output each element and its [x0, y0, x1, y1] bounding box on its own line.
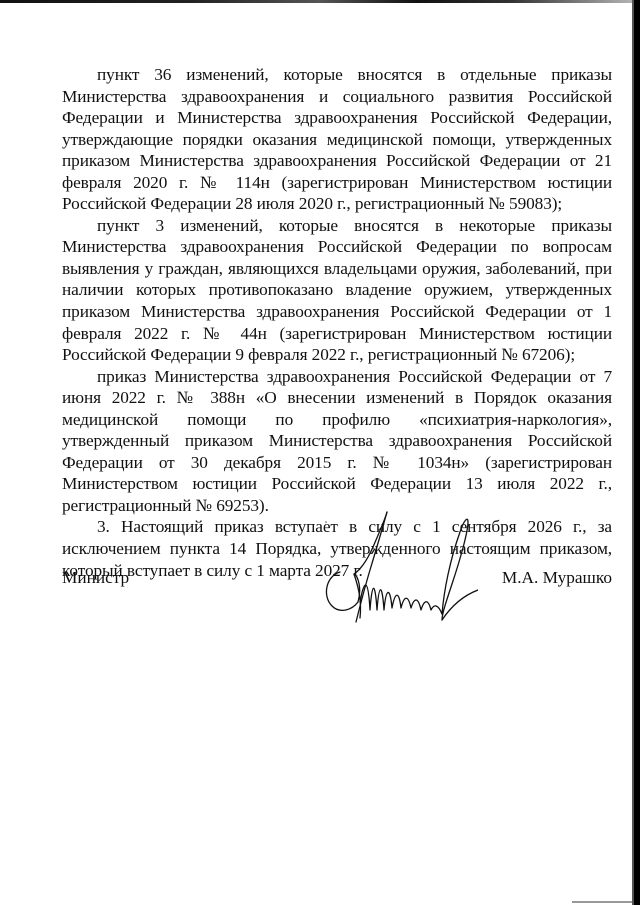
scan-edge-right: [634, 0, 640, 905]
paragraph-item-3-amendments: пункт 3 изменений, которые вносятся в не…: [62, 215, 612, 366]
scan-edge-top: [0, 0, 640, 3]
handwritten-signature-icon: [318, 510, 478, 628]
document-body: пункт 36 изменений, которые вносятся в о…: [62, 64, 612, 581]
signer-name: М.А. Мурашко: [502, 568, 612, 588]
paragraph-item-36-amendments: пункт 36 изменений, которые вносятся в о…: [62, 64, 612, 215]
scan-edge-bottom: [572, 901, 632, 903]
paragraph-order-388n: приказ Министерства здравоохранения Росс…: [62, 366, 612, 517]
signer-title: Министр: [62, 568, 129, 588]
